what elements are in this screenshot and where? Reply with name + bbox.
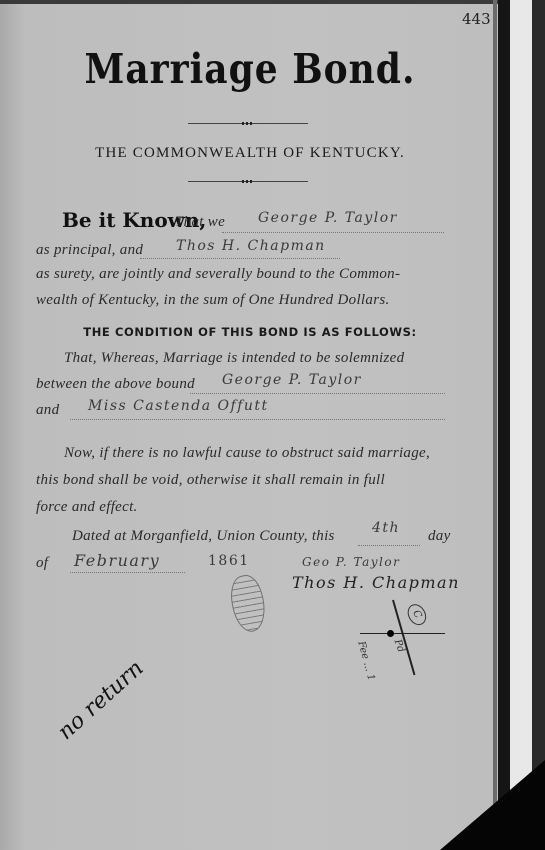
book-cover-edge bbox=[532, 0, 545, 850]
between-label: between the above bound bbox=[36, 376, 195, 393]
groom-line bbox=[190, 393, 445, 394]
facing-page-edge bbox=[510, 0, 532, 850]
dated-year: 1861 bbox=[208, 553, 250, 569]
condition-line-1: That, Whereas, Marriage is intended to b… bbox=[64, 350, 404, 367]
groom-name: George P. Taylor bbox=[222, 372, 362, 388]
surety-line bbox=[140, 258, 340, 259]
principal-line bbox=[222, 232, 444, 233]
bride-name: Miss Castenda Offutt bbox=[88, 398, 269, 414]
document-subtitle: THE COMMONWEALTH OF KENTUCKY. bbox=[0, 145, 500, 162]
condition-line-4: Now, if there is no lawful cause to obst… bbox=[64, 445, 430, 462]
dated-label: Dated at Morganfield, Union County, this bbox=[72, 528, 335, 545]
fee-circle-text: C bbox=[404, 601, 430, 628]
ink-blot bbox=[387, 630, 394, 637]
principal-name: George P. Taylor bbox=[258, 210, 398, 226]
dated-month: February bbox=[74, 551, 160, 570]
book-spine bbox=[498, 0, 510, 850]
month-line bbox=[70, 572, 185, 573]
principal-signature: Geo P. Taylor bbox=[302, 555, 400, 569]
and-label: and bbox=[36, 402, 59, 419]
that-we-label: That we bbox=[175, 214, 225, 231]
intro-line-3: as surety, are jointly and severally bou… bbox=[36, 266, 400, 283]
condition-line-6: force and effect. bbox=[36, 499, 138, 516]
ornamental-rule-top bbox=[188, 123, 308, 124]
surety-name: Thos H. Chapman bbox=[176, 238, 326, 254]
surety-signature: Thos H. Chapman bbox=[292, 573, 460, 592]
page-top-edge bbox=[0, 0, 505, 4]
condition-heading: THE CONDITION OF THIS BOND IS AS FOLLOWS… bbox=[0, 325, 500, 339]
day-suffix: day bbox=[428, 528, 451, 545]
intro-line-4: wealth of Kentucky, in the sum of One Hu… bbox=[36, 292, 390, 309]
ornamental-rule-bottom bbox=[188, 181, 308, 182]
binding-shadow bbox=[493, 0, 497, 850]
fee-notation: Fee ... 1 Pd C bbox=[360, 600, 440, 680]
day-line bbox=[358, 545, 420, 546]
document-title: Marriage Bond. bbox=[0, 45, 500, 93]
dated-day: 4th bbox=[372, 520, 400, 536]
of-label: of bbox=[36, 555, 48, 572]
as-principal-label: as principal, and bbox=[36, 242, 143, 259]
condition-line-5: this bond shall be void, otherwise it sh… bbox=[36, 472, 385, 489]
bride-line bbox=[70, 419, 445, 420]
page-number: 443 bbox=[462, 10, 491, 28]
